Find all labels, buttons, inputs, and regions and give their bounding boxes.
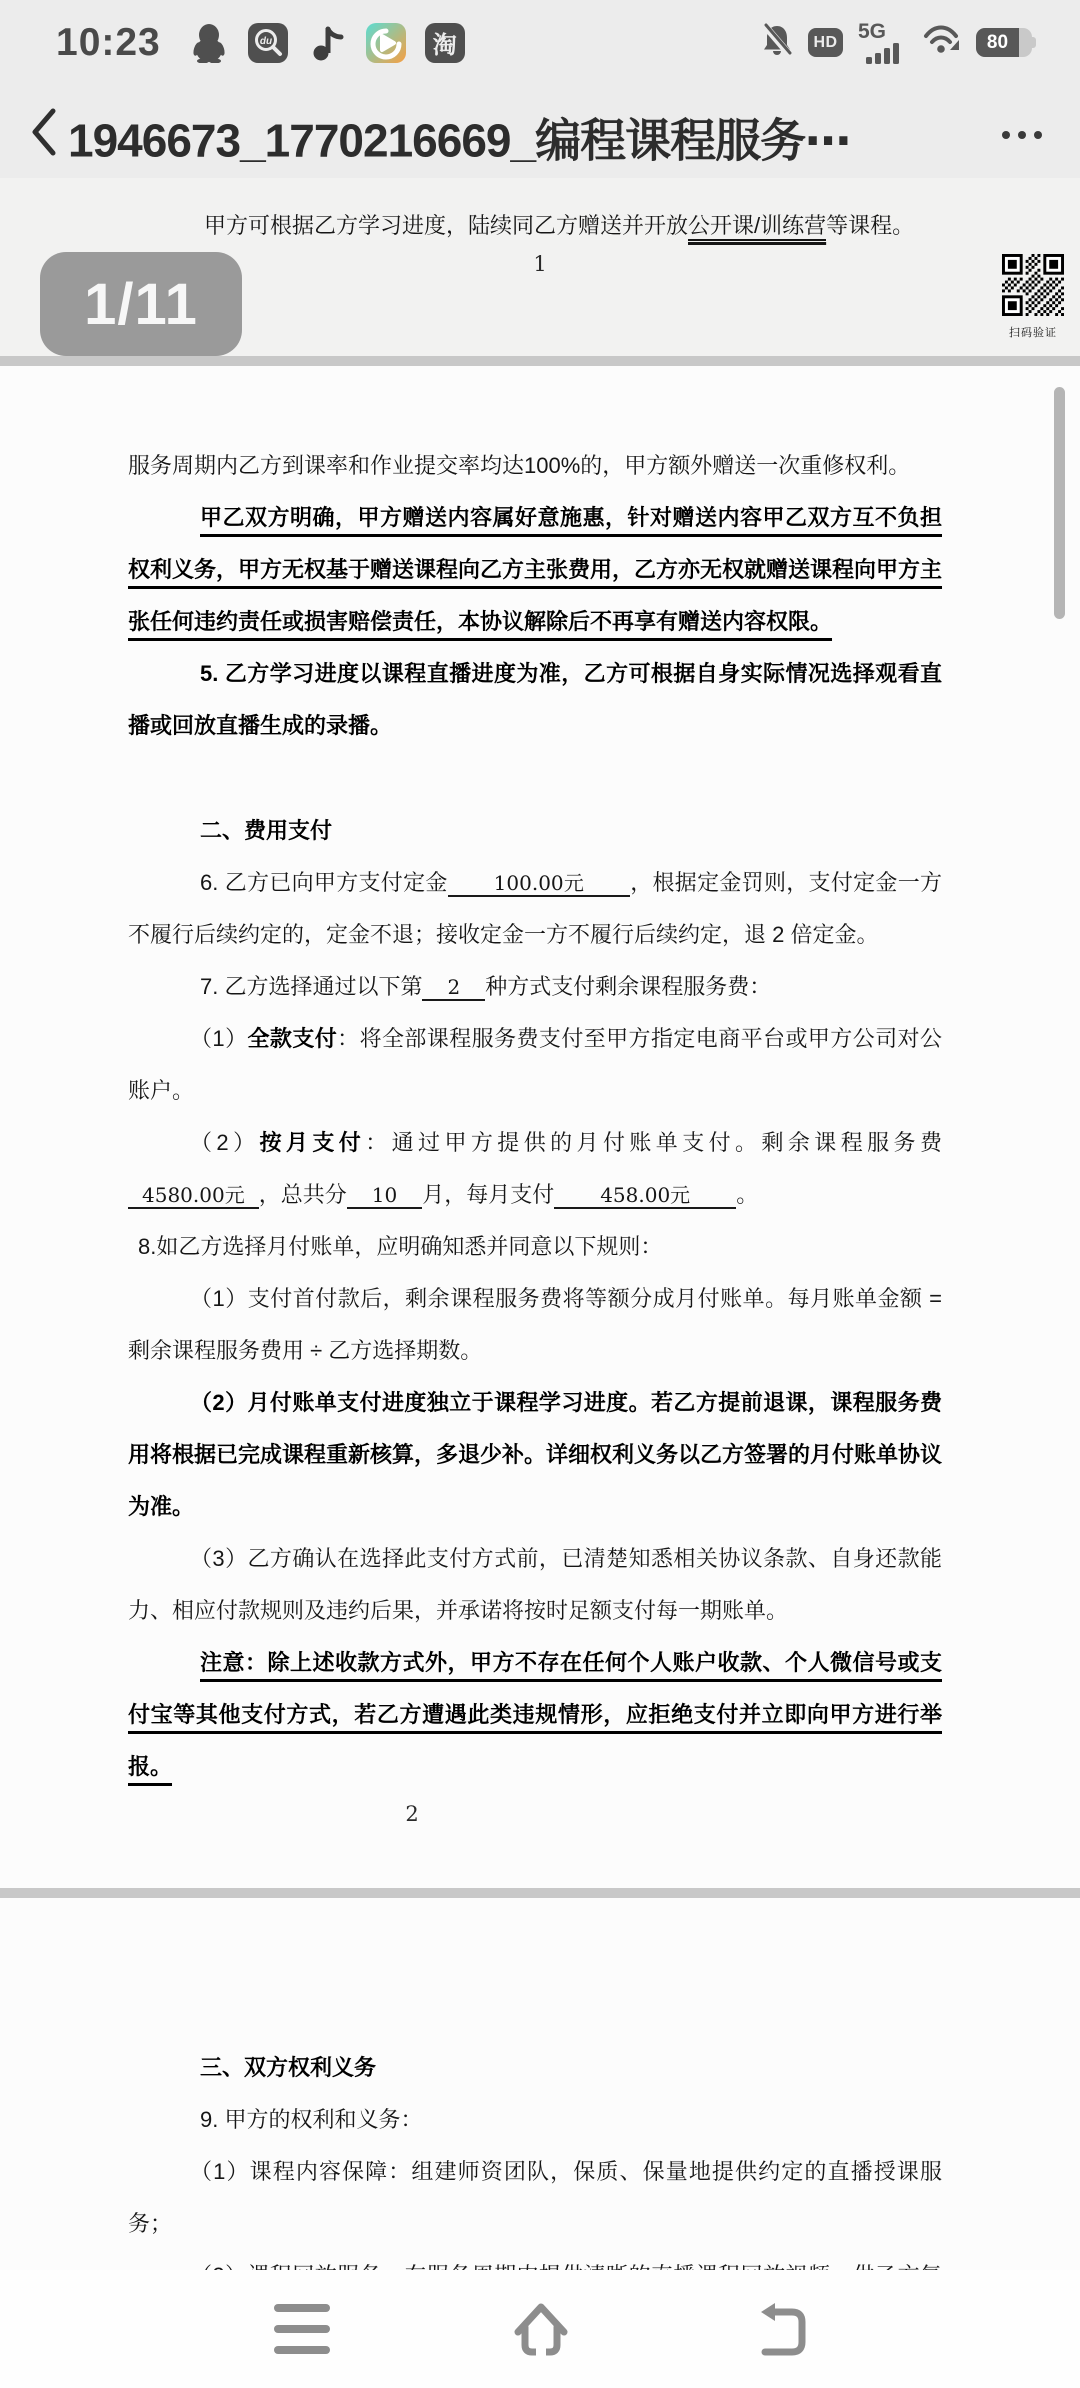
svg-text:du: du xyxy=(260,36,272,47)
paragraph: 5. 乙方学习进度以课程直播进度为准，乙方可根据自身实际情况选择观看直播或回放直… xyxy=(128,648,942,752)
fill-in-value: 100.00元 xyxy=(448,871,631,897)
paragraph: 甲乙双方明确，甲方赠送内容属好意施惠，针对赠送内容甲乙双方互不负担权利义务，甲方… xyxy=(128,492,942,648)
hd-badge: HD xyxy=(808,28,843,57)
taobao-icon: 淘 xyxy=(425,23,465,63)
page-divider xyxy=(0,356,1080,366)
scrollbar-thumb[interactable] xyxy=(1054,387,1065,619)
page2-paragraphs: 服务周期内乙方到课率和作业提交率均达100%的，甲方额外赠送一次重修权利。甲乙双… xyxy=(128,440,942,1793)
battery-indicator: 80 xyxy=(976,28,1038,57)
paragraph: 三、双方权利义务 xyxy=(128,2042,942,2094)
paragraph: 6. 乙方已向甲方支付定金100.00元，根据定金罚则，支付定金一方不履行后续约… xyxy=(128,857,942,961)
menu-button[interactable] xyxy=(247,2270,357,2388)
pdf-page-2: 服务周期内乙方到课率和作业提交率均达100%的，甲方额外赠送一次重修权利。甲乙双… xyxy=(0,366,1080,1888)
title-bar: 1946673_1770216669_编程课程服务⋯ xyxy=(0,85,1080,178)
recent-back-button[interactable] xyxy=(725,2270,835,2388)
status-indicators: HD 5G 80 xyxy=(761,0,1038,85)
system-nav-bar xyxy=(0,2270,1080,2388)
document-viewer[interactable]: 甲方可根据乙方学习进度，陆续同乙方赠送并开放公开课/训练营等课程。 1 扫码验证… xyxy=(0,178,1080,2270)
paragraph: 9. 甲方的权利和义务： xyxy=(128,2094,942,2146)
home-button[interactable] xyxy=(486,2270,596,2388)
document-title: 1946673_1770216669_编程课程服务⋯ xyxy=(68,104,958,170)
home-icon xyxy=(510,2300,572,2358)
paragraph: （1）全款支付：将全部课程服务费支付至甲方指定电商平台或甲方公司对公账户。 xyxy=(128,1013,942,1117)
wifi-icon xyxy=(923,24,961,61)
page-divider xyxy=(0,1888,1080,1898)
video-player-icon xyxy=(366,23,406,63)
more-menu-button[interactable] xyxy=(990,115,1054,155)
clock: 10:23 xyxy=(56,21,161,65)
paragraph: （1）课程内容保障：组建师资团队，保质、保量地提供约定的直播授课服务； xyxy=(128,2146,942,2250)
douyin-icon xyxy=(307,23,347,63)
fill-in-value: 4580.00元 xyxy=(128,1183,259,1209)
page-position-badge: 1/11 xyxy=(40,252,242,356)
fill-in-value: 458.00元 xyxy=(554,1183,736,1209)
paragraph: 8.如乙方选择月付账单，应明确知悉并同意以下规则： xyxy=(128,1221,942,1273)
qq-icon xyxy=(189,23,229,63)
page3-paragraphs: 三、双方权利义务9. 甲方的权利和义务：（1）课程内容保障：组建师资团队，保质、… xyxy=(128,2042,942,2270)
paragraph: （2）课程回放服务：在服务周期内提供清晰的直播课程回放视频，供乙方复习。 xyxy=(128,2250,942,2270)
status-bar: 10:23 du xyxy=(0,0,1080,85)
fill-in-value: 10 xyxy=(347,1183,422,1209)
paragraph: （2）按月支付：通过甲方提供的月付账单支付。剩余课程服务费4580.00元，总共… xyxy=(128,1117,942,1221)
paragraph-spacer xyxy=(128,752,942,805)
qr-code-image xyxy=(1002,254,1064,316)
paragraph: 7. 乙方选择通过以下第2种方式支付剩余课程服务费： xyxy=(128,961,942,1013)
bell-muted-icon xyxy=(761,23,793,62)
back-icon xyxy=(751,2302,809,2356)
paragraph: 注意：除上述收款方式外，甲方不存在任何个人账户收款、个人微信号或支付宝等其他支付… xyxy=(128,1637,942,1793)
paragraph: （3）乙方确认在选择此支付方式前，已清楚知悉相关协议条款、自身还款能力、相应付款… xyxy=(128,1533,942,1637)
pdf-page-3: 三、双方权利义务9. 甲方的权利和义务：（1）课程内容保障：组建师资团队，保质、… xyxy=(0,1898,1080,2270)
paragraph: 服务周期内乙方到课率和作业提交率均达100%的，甲方额外赠送一次重修权利。 xyxy=(128,440,942,492)
notification-icons: du 淘 xyxy=(189,23,465,63)
menu-icon xyxy=(274,2304,330,2354)
page1-last-line: 甲方可根据乙方学习进度，陆续同乙方赠送并开放公开课/训练营等课程。 xyxy=(128,200,960,252)
qr-caption: 扫码验证 xyxy=(1001,324,1065,340)
baidu-icon: du xyxy=(248,23,288,63)
signal-5g-icon: 5G xyxy=(858,20,908,66)
verification-qr: 扫码验证 xyxy=(1001,254,1065,340)
paragraph: 甲方可根据乙方学习进度，陆续同乙方赠送并开放公开课/训练营等课程。 xyxy=(204,200,960,252)
paragraph: 二、费用支付 xyxy=(128,805,942,857)
back-button[interactable] xyxy=(20,103,68,161)
paragraph: （1）支付首付款后，剩余课程服务费将等额分成月付账单。每月账单金额 = 剩余课程… xyxy=(128,1273,942,1377)
page2-number: 2 xyxy=(0,1802,952,1826)
paragraph: （2）月付账单支付进度独立于课程学习进度。若乙方提前退课，课程服务费用将根据已完… xyxy=(128,1377,942,1533)
fill-in-value: 2 xyxy=(422,975,485,1001)
